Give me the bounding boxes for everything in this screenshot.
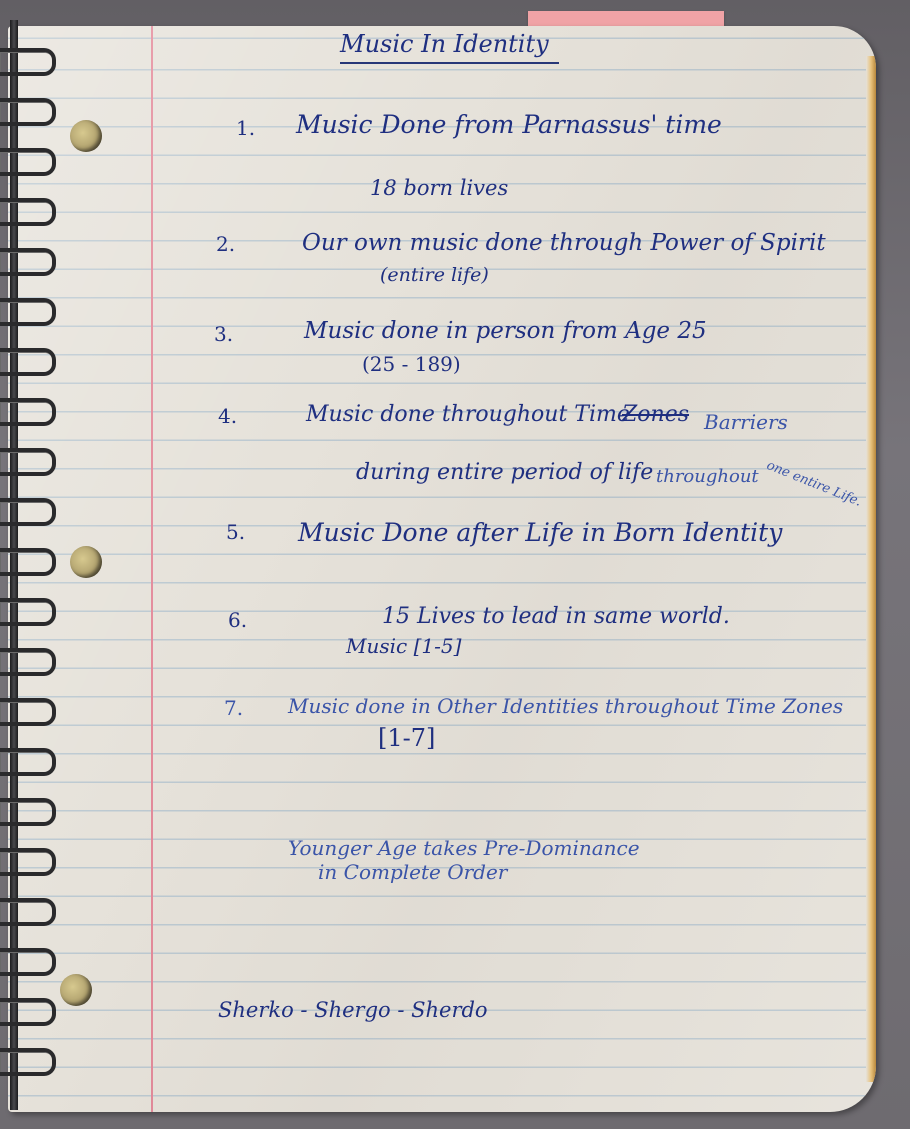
item-sub-addition: throughout xyxy=(656,466,759,487)
spiral-coil xyxy=(0,898,56,926)
item-text: Music Done after Life in Born Identity xyxy=(298,518,782,547)
spiral-coil xyxy=(0,648,56,676)
spiral-coil xyxy=(0,1048,56,1076)
item-subtext: during entire period of life xyxy=(356,460,653,485)
item-text: Music done in person from Age 25 xyxy=(304,318,707,344)
item-subtext: 18 born lives xyxy=(370,176,508,200)
spiral-coil xyxy=(0,248,56,276)
item-number: 3. xyxy=(214,322,233,346)
spiral-coil xyxy=(0,98,56,126)
spiral-coil xyxy=(0,948,56,976)
spiral-coil xyxy=(0,398,56,426)
spiral-coil xyxy=(0,848,56,876)
spiral-coil xyxy=(0,498,56,526)
note-line-1: Younger Age takes Pre-Dominance xyxy=(288,836,640,860)
struck-word: Zones xyxy=(622,402,689,427)
spiral-coil xyxy=(0,598,56,626)
spiral-coil xyxy=(0,148,56,176)
item-subtext: Music [1-5] xyxy=(346,634,461,658)
spiral-coil xyxy=(0,298,56,326)
item-number: 7. xyxy=(224,696,243,720)
punch-hole xyxy=(60,974,92,1006)
spiral-coil xyxy=(0,448,56,476)
item-subtext: (entire life) xyxy=(380,264,489,286)
item-text: Music done throughout Time xyxy=(306,402,630,427)
spiral-coil xyxy=(0,48,56,76)
item-text: Our own music done through Power of Spir… xyxy=(302,230,826,256)
page-title: Music In Identity xyxy=(340,30,559,64)
page-edge xyxy=(866,56,876,1082)
spiral-coil xyxy=(0,348,56,376)
item-text: Music Done from Parnassus' time xyxy=(296,110,722,139)
item-subtext: (25 - 189) xyxy=(362,352,461,376)
spiral-coil xyxy=(0,698,56,726)
item-number: 4. xyxy=(218,404,237,428)
punch-hole xyxy=(70,546,102,578)
spiral-coil xyxy=(0,198,56,226)
spiral-coil xyxy=(0,748,56,776)
item-number: 1. xyxy=(236,116,255,140)
item-subtext: [1-7] xyxy=(378,724,435,752)
item-number: 6. xyxy=(228,608,247,632)
spiral-coil xyxy=(0,548,56,576)
item-text: Music done in Other Identities throughou… xyxy=(288,694,843,718)
item-number: 2. xyxy=(216,232,235,256)
inserted-word: Barriers xyxy=(704,410,788,434)
spiral-binding xyxy=(0,0,60,1129)
punch-hole xyxy=(70,120,102,152)
spiral-coil xyxy=(0,998,56,1026)
item-text: 15 Lives to lead in same world. xyxy=(382,604,730,629)
footer-signature: Sherko - Shergo - Sherdo xyxy=(218,998,488,1022)
note-line-2: in Complete Order xyxy=(318,860,507,884)
item-number: 5. xyxy=(226,520,245,544)
spiral-coil xyxy=(0,798,56,826)
